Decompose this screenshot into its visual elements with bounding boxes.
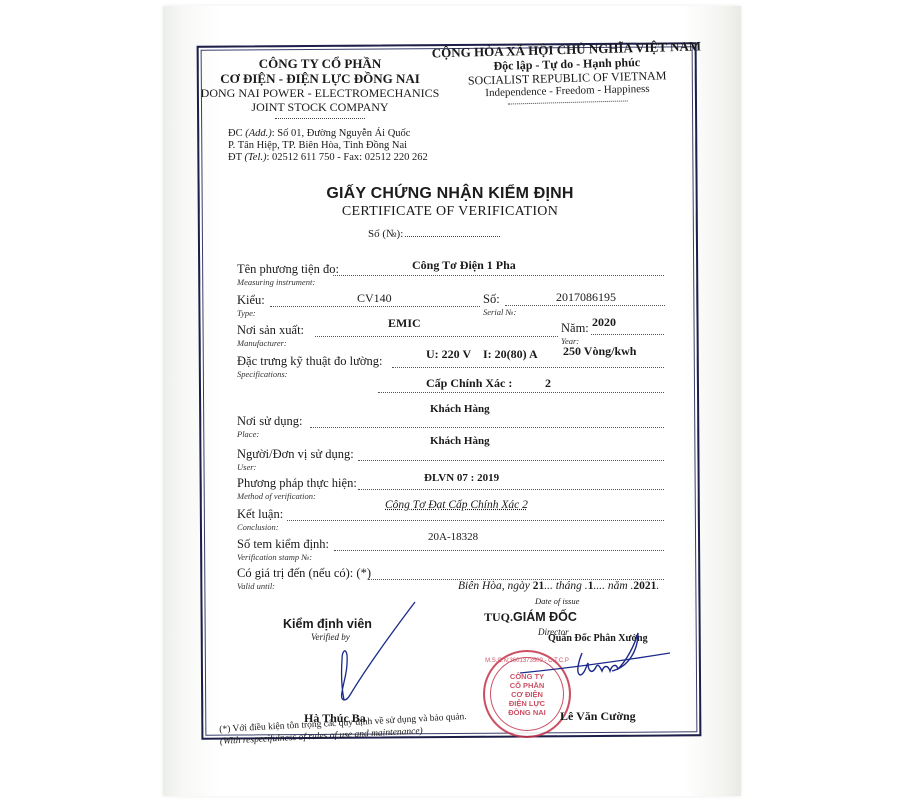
- method-sublabel: Method of verification:: [237, 491, 357, 501]
- instrument-value: Công Tơ Điện 1 Pha: [412, 258, 516, 273]
- year-value: 2020: [592, 315, 616, 330]
- voltage-value: U: 220 V: [426, 347, 471, 362]
- field-conclusion: Kết luận: Conclusion:: [237, 507, 283, 532]
- stamp-number-value: 20A-18328: [428, 531, 478, 543]
- republic-header: CỘNG HÒA XÃ HỘI CHỦ NGHĨA VIỆT NAM Độc l…: [431, 38, 703, 106]
- type-sublabel: Type:: [237, 308, 265, 318]
- company-name-en-2: JOINT STOCK COMPANY: [200, 100, 440, 114]
- year-label: Năm:: [561, 321, 589, 335]
- issue-place: Biên Hòa, ngày: [458, 580, 530, 592]
- stamp-number-label: Số tem kiểm định:: [237, 537, 329, 551]
- place-sublabel: Place:: [237, 429, 302, 439]
- dotline: [315, 336, 558, 337]
- director-title-text: GIÁM ĐỐC: [513, 610, 577, 624]
- serial-label: Số:: [483, 292, 500, 306]
- field-stamp-number: Số tem kiểm định: Verification stamp №:: [237, 537, 329, 562]
- dotline: [505, 305, 665, 306]
- company-address: ĐC (Add.): Số 01, Đường Nguyễn Ái Quốc P…: [228, 128, 428, 164]
- field-user: Người/Đơn vị sử dụng: User:: [237, 447, 354, 472]
- field-manufacturer: Nơi sản xuất: Manufacturer:: [237, 323, 304, 348]
- dotline: [378, 392, 664, 393]
- field-year: Năm: Year:: [561, 321, 589, 346]
- phone-label-en: (Tel.): [244, 152, 266, 163]
- address-line-1: : Số 01, Đường Nguyễn Ái Quốc: [272, 128, 411, 139]
- user-value: Khách Hàng: [430, 435, 490, 447]
- address-label-en: (Add.): [245, 128, 272, 139]
- dotline: [392, 367, 664, 368]
- director-name: Lê Văn Cường: [560, 709, 636, 724]
- accuracy-label: Cấp Chính Xác :: [426, 376, 512, 391]
- constant-value: 250 Vòng/kwh: [563, 344, 636, 359]
- valid-until-sublabel: Valid until:: [237, 581, 371, 591]
- dotline: [334, 550, 664, 551]
- number-label: Số (№):: [368, 228, 403, 240]
- type-label: Kiểu:: [237, 293, 265, 307]
- dotline: [591, 334, 664, 335]
- director-prefix: TUQ.: [484, 610, 513, 624]
- issue-day: 21: [533, 580, 545, 592]
- dotline: [287, 520, 664, 521]
- method-label: Phương pháp thực hiện:: [237, 476, 357, 490]
- place-value: Khách Hàng: [430, 403, 490, 415]
- conclusion-sublabel: Conclusion:: [237, 522, 283, 532]
- user-label: Người/Đơn vị sử dụng:: [237, 447, 354, 461]
- stamp-line-4: ĐIỆN LỰC: [485, 699, 569, 708]
- number-blank: [405, 236, 500, 237]
- dotline: [358, 460, 664, 461]
- conclusion-value: Công Tơ Đạt Cấp Chính Xác 2: [385, 499, 528, 511]
- title-vi: GIẤY CHỨNG NHẬN KIỂM ĐỊNH: [300, 185, 600, 203]
- field-specifications: Đặc trưng kỹ thuật đo lường: Specificati…: [237, 354, 382, 379]
- certificate-title: GIẤY CHỨNG NHẬN KIỂM ĐỊNH CERTIFICATE OF…: [300, 185, 600, 220]
- issue-date: Biên Hòa, ngày 21... tháng .1.... năm .2…: [458, 580, 659, 592]
- method-value: ĐLVN 07 : 2019: [424, 472, 499, 484]
- address-line-2: P. Tân Hiệp, TP. Biên Hòa, Tỉnh Đồng Nai: [228, 140, 428, 152]
- specifications-sublabel: Specifications:: [237, 369, 382, 379]
- title-en: CERTIFICATE OF VERIFICATION: [300, 204, 600, 220]
- dotline: [270, 306, 480, 307]
- serial-value: 2017086195: [556, 290, 616, 305]
- year-label: .... năm .: [593, 580, 633, 592]
- serial-sublabel: Serial №:: [483, 307, 516, 317]
- current-value: I: 20(80) A: [483, 347, 538, 362]
- dotline: [333, 275, 664, 276]
- issue-date-sublabel: Date of issue: [535, 596, 579, 606]
- dotline: [358, 489, 664, 490]
- valid-until-label: Có giá trị đến (nếu có): (*): [237, 566, 371, 580]
- user-sublabel: User:: [237, 462, 354, 472]
- company-header: CÔNG TY CỔ PHẦN CƠ ĐIỆN - ĐIỆN LỰC ĐỒNG …: [200, 56, 440, 119]
- specifications-label: Đặc trưng kỹ thuật đo lường:: [237, 354, 382, 368]
- phone-label: ĐT: [228, 152, 242, 163]
- place-label: Nơi sử dụng:: [237, 414, 302, 428]
- manufacturer-value: EMIC: [388, 316, 421, 331]
- stamp-line-5: ĐỒNG NAI: [485, 708, 569, 717]
- instrument-sublabel: Measuring instrument:: [237, 277, 339, 287]
- field-place: Nơi sử dụng: Place:: [237, 414, 302, 439]
- month-label: ... tháng .: [544, 580, 587, 592]
- issue-year: 2021: [633, 580, 656, 592]
- instrument-label: Tên phương tiện đo:: [237, 262, 339, 276]
- dotline: [310, 427, 664, 428]
- company-name-en-1: DONG NAI POWER - ELECTROMECHANICS: [200, 86, 440, 100]
- conclusion-label: Kết luận:: [237, 507, 283, 521]
- verifier-signature: [320, 600, 420, 710]
- company-name-vi-1: CÔNG TY CỔ PHẦN: [200, 56, 440, 71]
- field-instrument: Tên phương tiện đo: Measuring instrument…: [237, 262, 339, 287]
- phone-value: : 02512 611 750 - Fax: 02512 220 262: [267, 152, 428, 163]
- director-title: TUQ.GIÁM ĐỐC: [484, 610, 577, 625]
- director-signature: [520, 625, 670, 695]
- accuracy-value: 2: [545, 376, 551, 391]
- manufacturer-sublabel: Manufacturer:: [237, 338, 304, 348]
- certificate-number: Số (№):: [368, 228, 500, 240]
- field-type: Kiểu: Type:: [237, 293, 265, 318]
- type-value: CV140: [357, 291, 392, 306]
- field-method: Phương pháp thực hiện: Method of verific…: [237, 476, 357, 501]
- divider: [275, 117, 365, 119]
- company-name-vi-2: CƠ ĐIỆN - ĐIỆN LỰC ĐỒNG NAI: [200, 71, 440, 86]
- address-label: ĐC: [228, 128, 243, 139]
- manufacturer-label: Nơi sản xuất:: [237, 323, 304, 337]
- field-valid-until: Có giá trị đến (nếu có): (*) Valid until…: [237, 566, 371, 591]
- stamp-number-sublabel: Verification stamp №:: [237, 552, 329, 562]
